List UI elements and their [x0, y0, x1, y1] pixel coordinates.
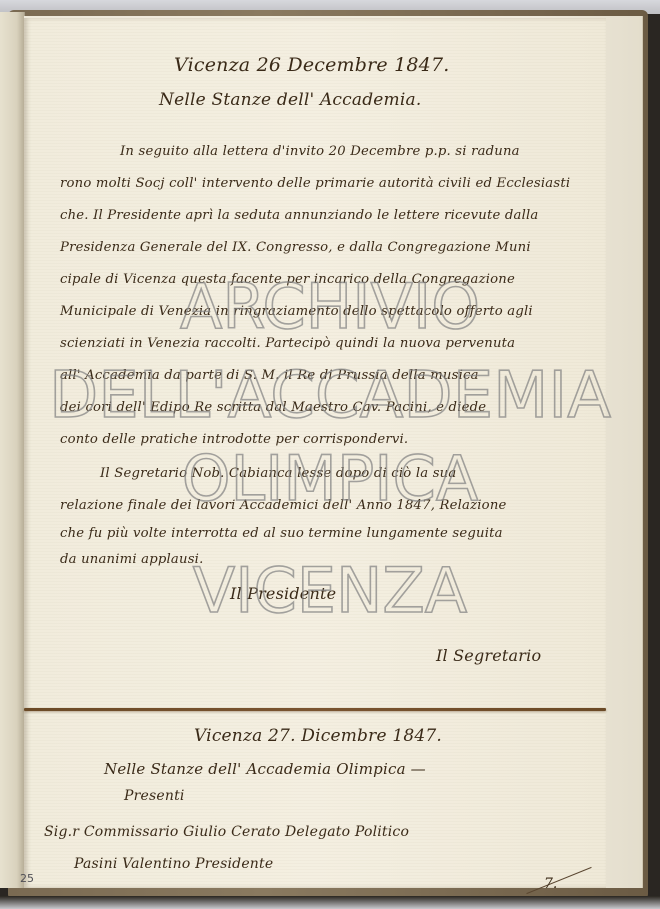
- entry2-present-label: Presenti: [124, 788, 185, 804]
- entry-divider-line: [24, 708, 606, 711]
- entry1-date: Vicenza 26 Decembre 1847.: [174, 54, 449, 76]
- entry1-line: Presidenza Generale del IX. Congresso, e…: [60, 240, 531, 255]
- signature-secretary: Il Segretario: [436, 646, 541, 665]
- entry1-line: scienziati in Venezia raccolti. Partecip…: [60, 336, 515, 351]
- page-number: 25: [20, 872, 34, 885]
- attendee-line: Pasini Valentino Presidente: [74, 856, 273, 872]
- left-page-edge: [0, 12, 25, 888]
- entry1-line: relazione finale dei lavori Accademici d…: [60, 498, 507, 513]
- entry2-place: Nelle Stanze dell' Accademia Olimpica —: [104, 760, 426, 778]
- entry2-mark: 7.: [544, 876, 557, 892]
- entry1-line: cipale di Vicenza questa facente per inc…: [60, 272, 515, 287]
- entry1-line: dei cori dell' Edipo Re scritta dal Maes…: [60, 400, 486, 415]
- entry1-line: all' Accademia da parte di S. M. il Re d…: [60, 368, 479, 383]
- entry1-line: da unanimi applausi.: [60, 552, 203, 567]
- entry1-line: In seguito alla lettera d'invito 20 Dece…: [120, 144, 520, 159]
- manuscript-page: Vicenza 26 Decembre 1847. Nelle Stanze d…: [24, 18, 606, 888]
- entry1-line: che. Il Presidente aprì la seduta annunz…: [60, 208, 538, 223]
- entry1-line: rono molti Socj coll' intervento delle p…: [60, 176, 570, 191]
- entry1-line: conto delle pratiche introdotte per corr…: [60, 432, 408, 447]
- attendee-line: Sig.r Commissario Giulio Cerato Delegato…: [44, 824, 409, 840]
- scan-bottom-background: [0, 896, 660, 909]
- entry1-line: Municipale di Venezia in ringraziamento …: [60, 304, 533, 319]
- entry1-place: Nelle Stanze dell' Accademia.: [159, 90, 421, 110]
- entry2-date: Vicenza 27. Dicembre 1847.: [194, 726, 442, 746]
- entry1-line: Il Segretario Nob. Cabianca lesse dopo d…: [100, 466, 456, 481]
- signature-president: Il Presidente: [230, 584, 336, 603]
- entry1-line: che fu più volte interrotta ed al suo te…: [60, 526, 503, 541]
